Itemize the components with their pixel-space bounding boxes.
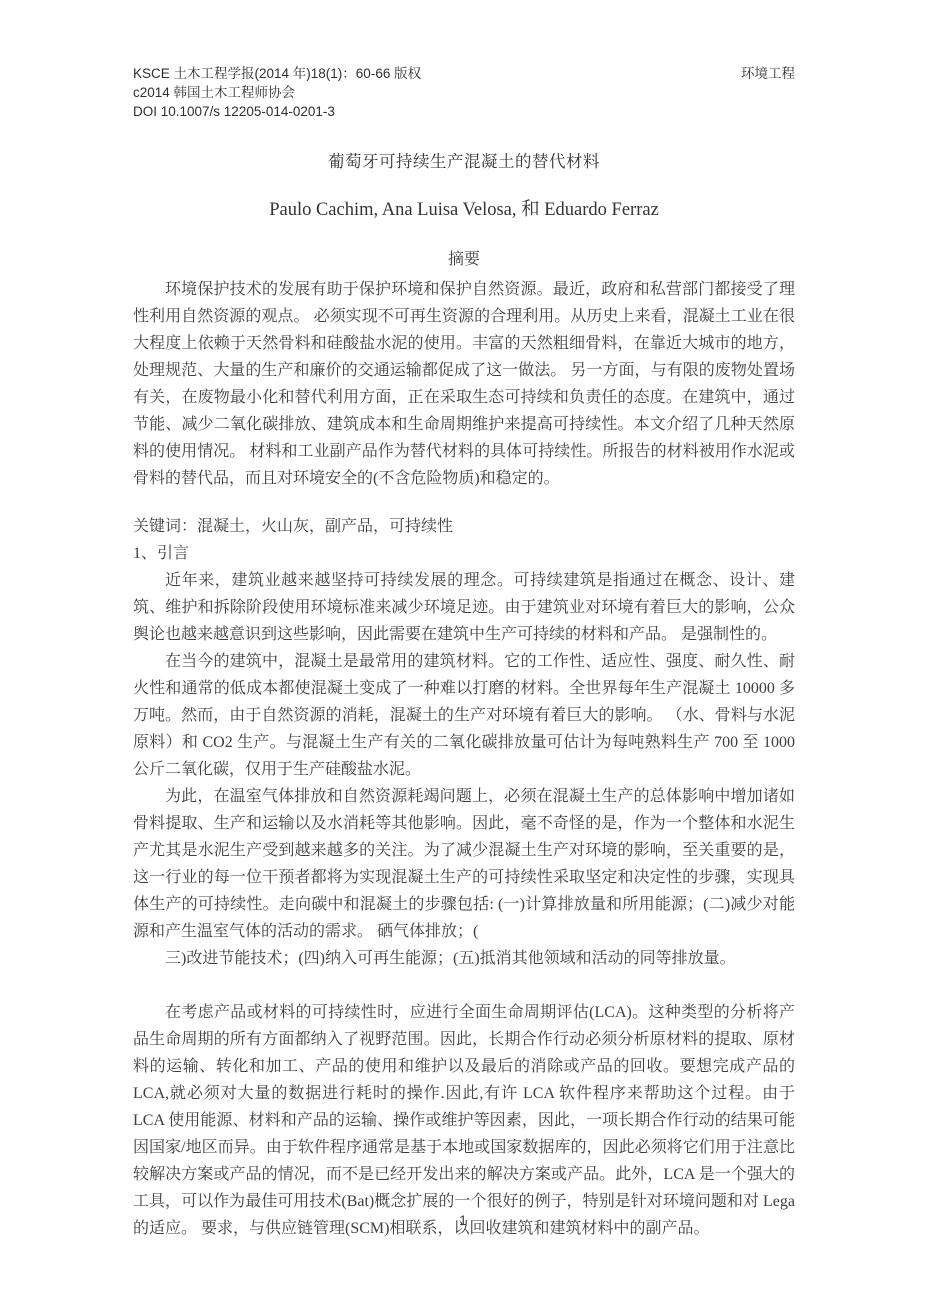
paragraph-introduction-3: 为此，在温室气体排放和自然资源耗竭问题上，必须在混凝土生产的总体影响中增加诸如骨… xyxy=(133,783,795,945)
copyright-line: c2014 韩国土木工程师协会 xyxy=(133,83,795,102)
doi-line: DOI 10.1007/s 12205-014-0201-3 xyxy=(133,102,795,121)
journal-citation-row: KSCE 土木工程学报(2014 年)18(1)：60-66 版权 环境工程 xyxy=(133,64,795,83)
document-page: KSCE 土木工程学报(2014 年)18(1)：60-66 版权 环境工程 c… xyxy=(0,0,926,1309)
keywords-line: 关键词：混凝土，火山灰，副产品，可持续性 xyxy=(133,513,795,540)
page-number: 1 xyxy=(459,1212,467,1228)
section-heading-introduction: 1、引言 xyxy=(133,540,795,567)
authors-line: Paulo Cachim, Ana Luisa Velosa, 和 Eduard… xyxy=(133,195,795,221)
journal-section-label: 环境工程 xyxy=(741,64,795,83)
journal-header: KSCE 土木工程学报(2014 年)18(1)：60-66 版权 环境工程 c… xyxy=(133,64,795,121)
journal-citation: KSCE 土木工程学报(2014 年)18(1)：60-66 版权 xyxy=(133,64,421,83)
paragraph-introduction-5: 在考虑产品或材料的可持续性时，应进行全面生命周期评估(LCA)。这种类型的分析将… xyxy=(133,999,795,1242)
paragraph-introduction-2: 在当今的建筑中，混凝土是最常用的建筑材料。它的工作性、适应性、强度、耐久性、耐火… xyxy=(133,648,795,783)
paragraph-introduction-4: 三)改进节能技术；(四)纳入可再生能源；(五)抵消其他领域和活动的同等排放量。 xyxy=(133,945,795,972)
paragraph-introduction-1: 近年来，建筑业越来越坚持可持续发展的理念。可持续建筑是指通过在概念、设计、建筑、… xyxy=(133,567,795,648)
abstract-text: 环境保护技术的发展有助于保护环境和保护自然资源。最近，政府和私营部门都接受了理性… xyxy=(133,276,795,492)
abstract-heading: 摘要 xyxy=(133,246,795,269)
paper-title: 葡萄牙可持续生产混凝土的替代材料 xyxy=(133,148,795,172)
page-footer: 1 xyxy=(0,1212,926,1228)
